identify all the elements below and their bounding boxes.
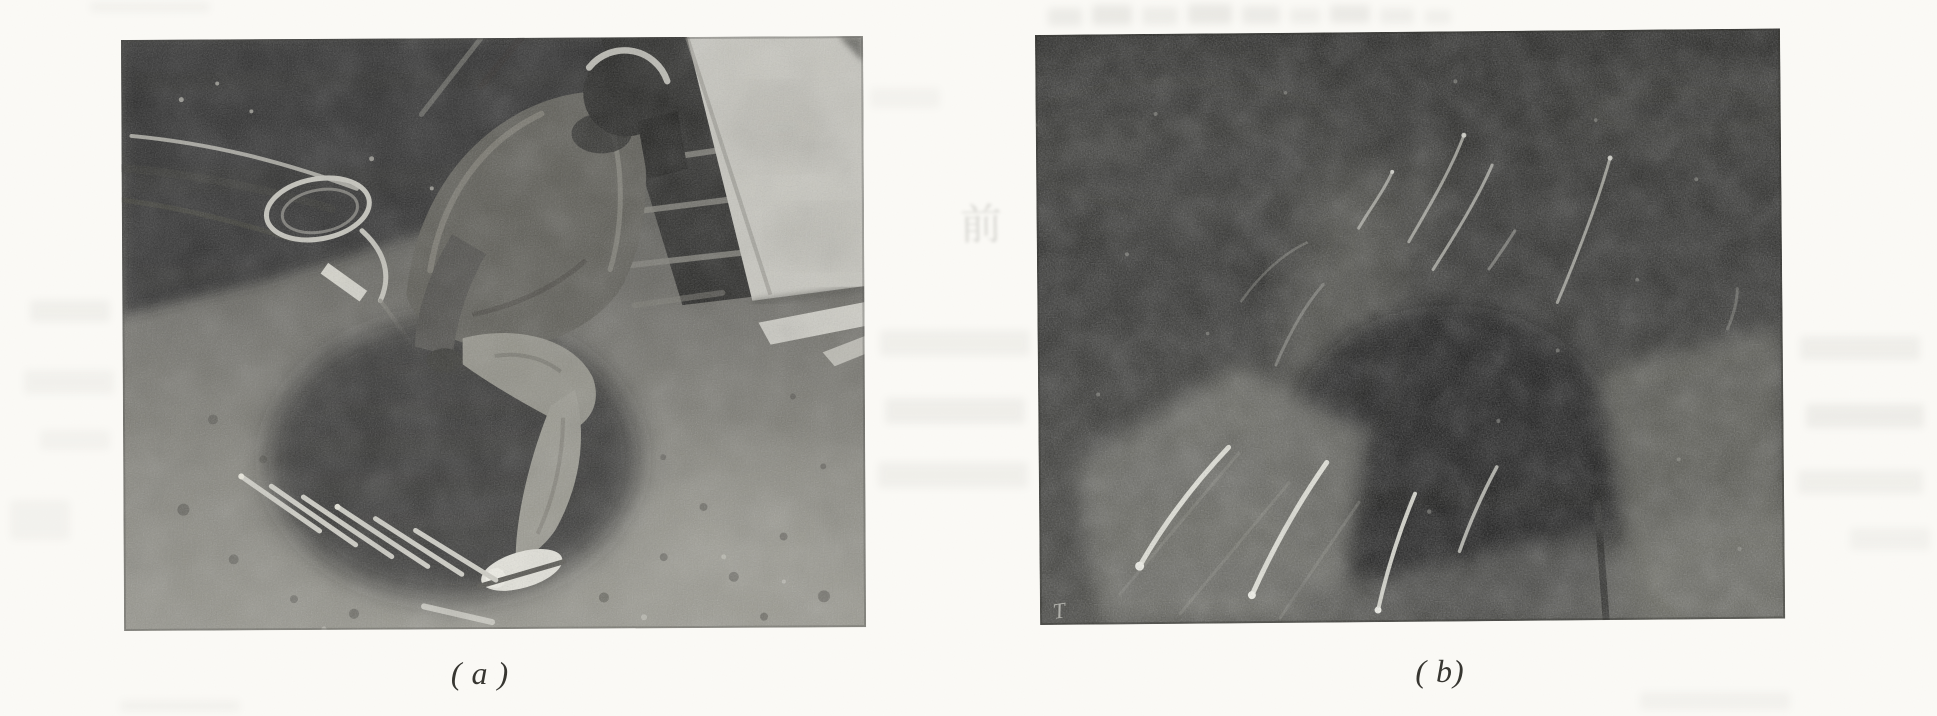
bleedthrough-smudge [1330,5,1370,23]
bleedthrough-smudge [1640,692,1790,710]
photo-a [121,36,866,631]
figure-a-caption: ( a ) [410,655,550,692]
bleedthrough-smudge [878,462,1028,488]
photo-a-illustration [121,36,866,631]
bleedthrough-smudge [1142,7,1178,25]
bleedthrough-smudge [10,500,70,540]
bleedthrough-smudge [30,300,110,322]
bleedthrough-smudge [1425,10,1451,24]
photo-b-illustration: T [1035,28,1785,624]
photo-grain-fine [1035,28,1785,624]
bleedthrough-smudge [1290,8,1320,24]
bleedthrough-smudge [1092,5,1132,25]
bleedthrough-smudge [1850,528,1930,550]
photo-grain-fine [121,36,866,631]
bleedthrough-smudge [885,398,1025,424]
bleedthrough-smudge [870,88,940,108]
bleedthrough-smudge [1048,8,1082,26]
bleedthrough-smudge [40,430,110,450]
bleedthrough-smudge [1800,336,1920,360]
figure-b-caption: ( b) [1370,653,1510,690]
bleedthrough-smudge [1806,404,1924,428]
photo-b: T [1035,28,1785,624]
bleedthrough-smudge [1242,6,1280,24]
bleedthrough-smudge [1380,8,1414,24]
bleedthrough-smudge [1798,470,1923,494]
bleedthrough-smudge [120,700,240,712]
bleedthrough-character: 前 [959,192,1002,253]
bleedthrough-smudge [90,2,210,12]
bleedthrough-smudge [880,330,1030,356]
bleedthrough-smudge [24,370,114,394]
bleedthrough-smudge [1188,4,1232,24]
